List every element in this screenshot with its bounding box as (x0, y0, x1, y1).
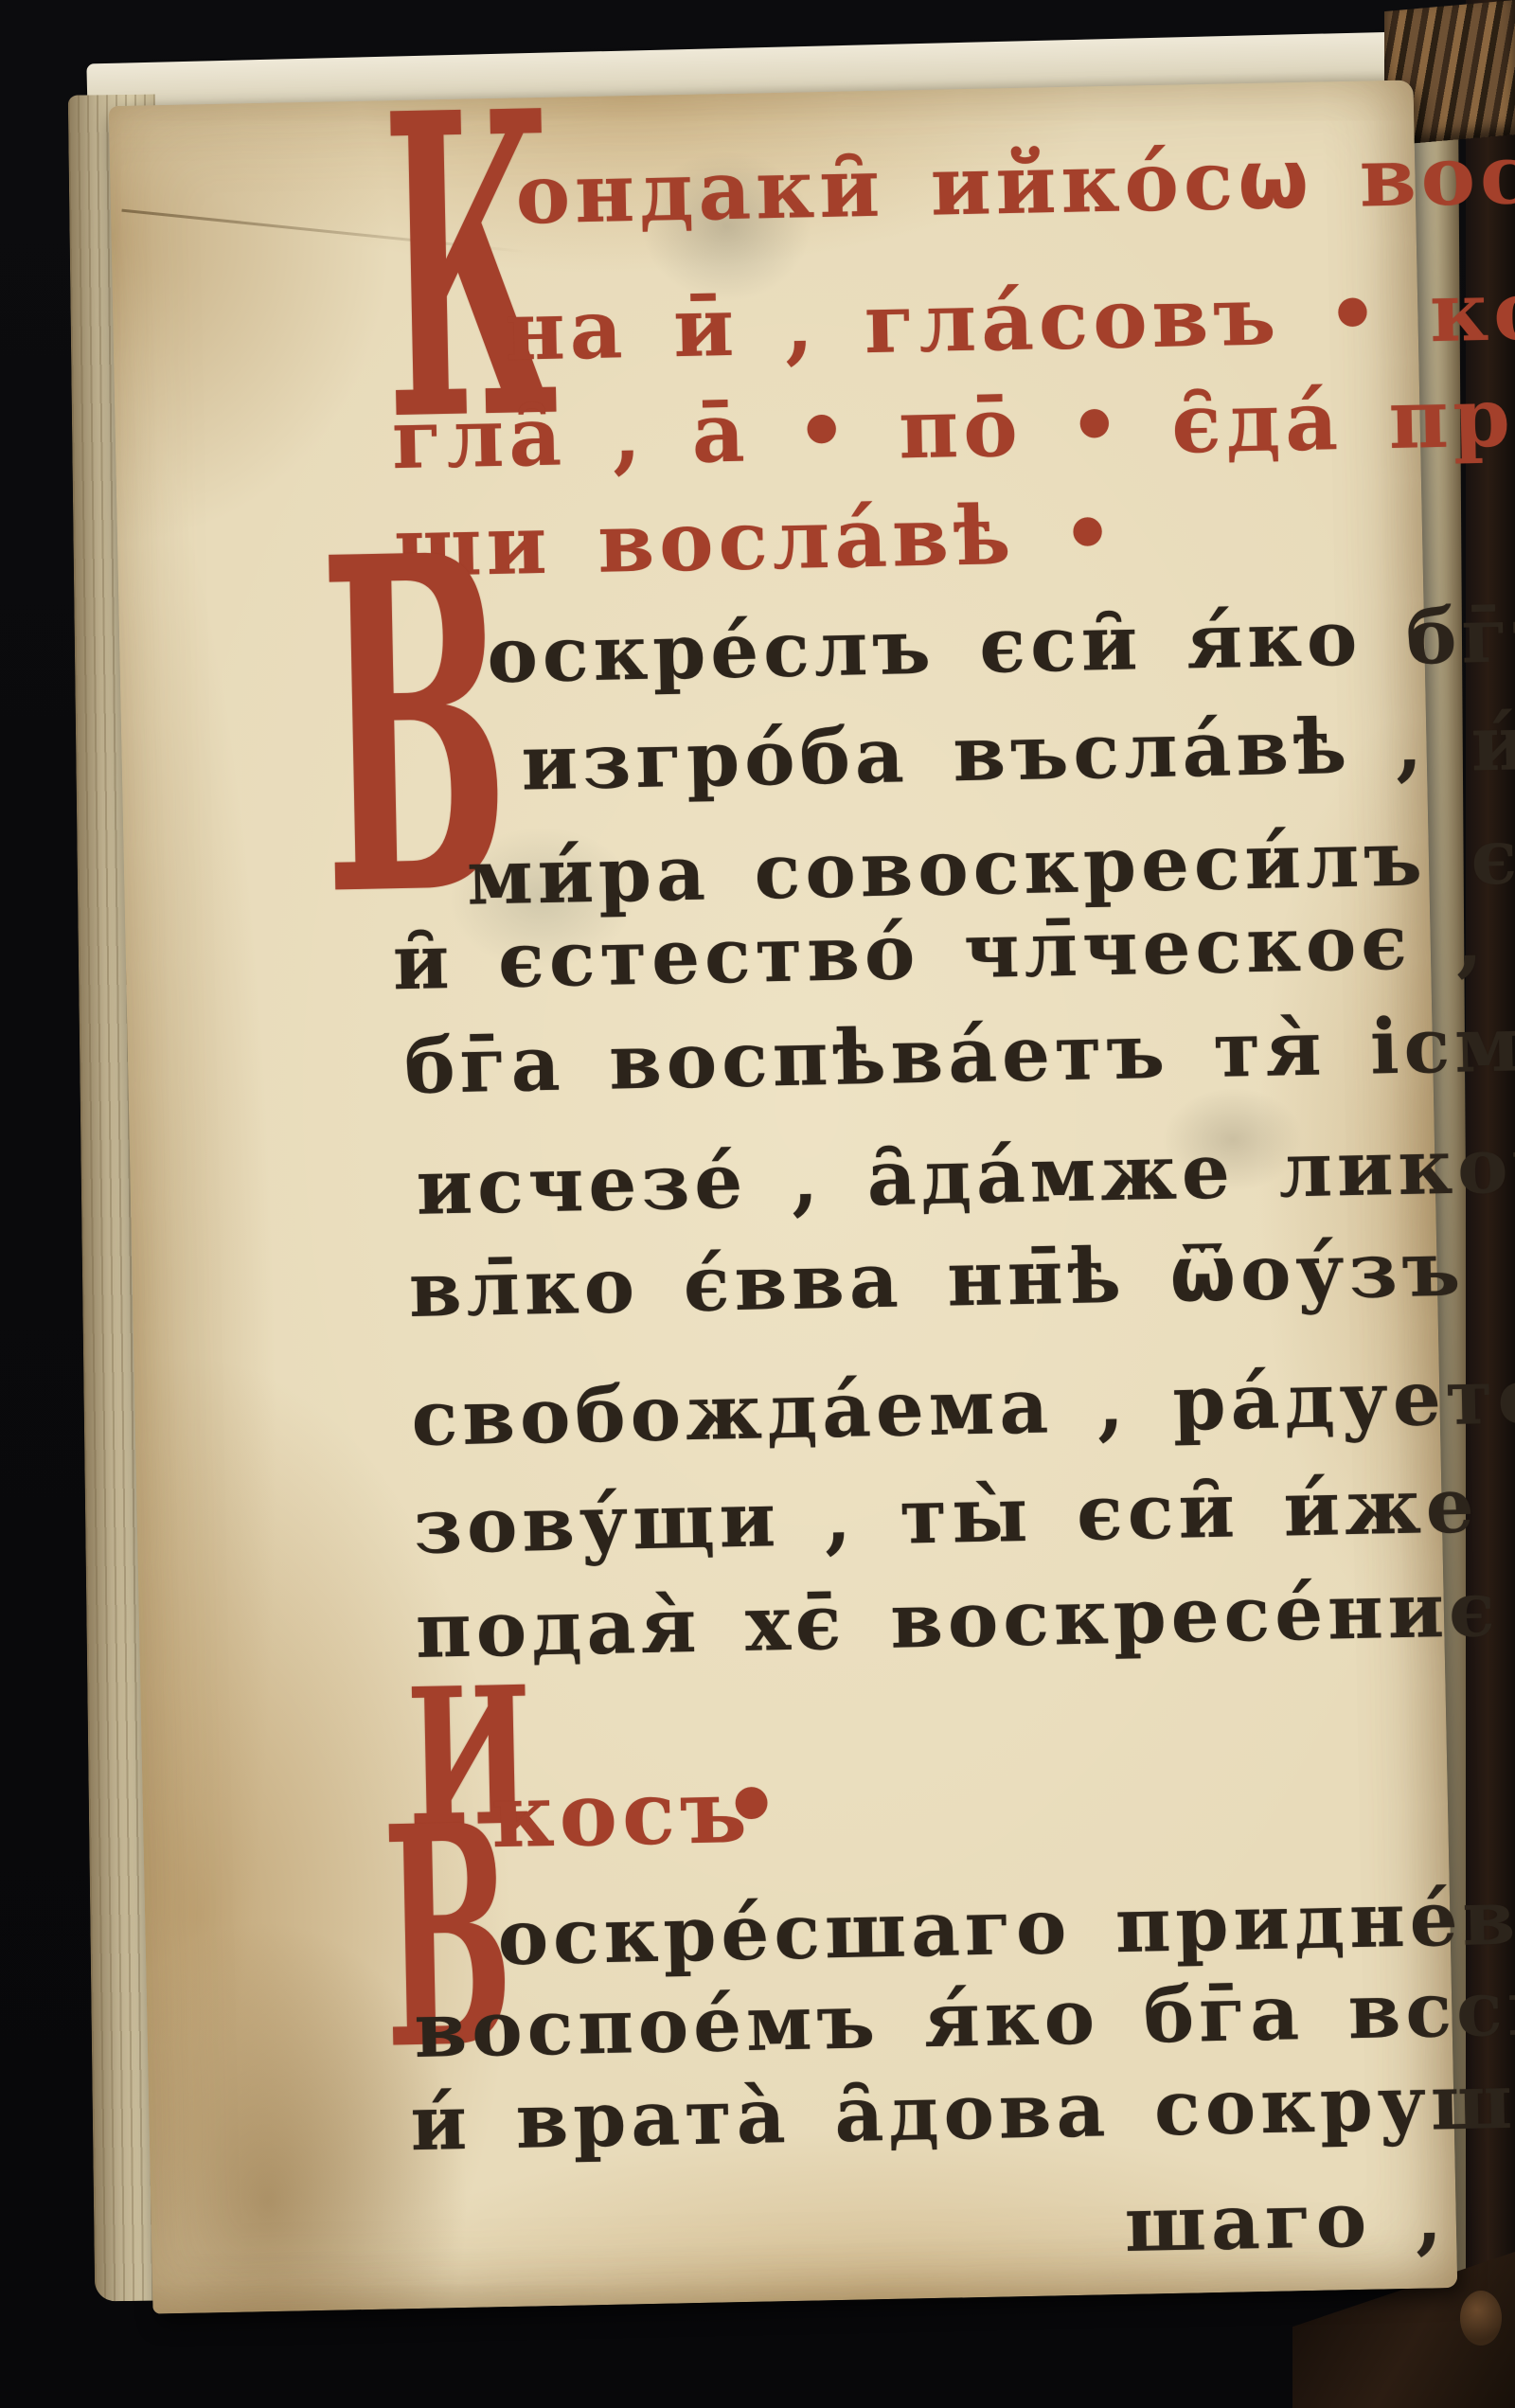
kontakion-line-10: подая̀ хє̄ воскресе́ниє • (415, 1569, 1515, 1668)
kontakion-line-7: вл̄ко є́вва нн̄ѣ ѿоу́зъ (408, 1231, 1466, 1328)
kontakion-line-6: исчезе́ , а̑да́мже ликоу́ет (416, 1124, 1515, 1225)
ikos-line-1: оскре́сшаго придне́вно (497, 1877, 1515, 1975)
rubric-line-2: на ӣ , гла́совъ • конда́къ (505, 264, 1515, 373)
photo-backdrop: { "colors": { "red_ink": "#a4402b", "bla… (0, 0, 1515, 2408)
kontakion-line-1: оскре́слъ єси̑ я́ко бг̄ъ (487, 596, 1515, 693)
ikos-heading-dot: • (722, 1759, 786, 1851)
kontakion-line-8: свобожда́ема , ра́дуетсѧ (411, 1356, 1515, 1456)
kontakion-line-2: изгро́ба въсла́вѣ , и́ (521, 705, 1515, 800)
manuscript-page: К ондаки̑ ийко́сѡ воскрны̑ на ӣ , гла́со… (109, 80, 1458, 2313)
ikos-line-3: и́ врата̀ а̑дова сокруши́въ (410, 2060, 1515, 2161)
ikos-heading-word: косъ (490, 1768, 752, 1860)
kontakion-line-5: бг̄а воспѣва́етъ тя̀ ісмр̄т (403, 1004, 1515, 1104)
rubric-line-1: ондаки̑ ийко́сѡ воскрны̑ (515, 129, 1515, 236)
ikos-catchword: шаго , (1124, 2180, 1447, 2262)
ikos-line-2: воспое́мъ я́ко бг̄а всси́лна (414, 1966, 1515, 2068)
cover-clasp-knob (1460, 2291, 1502, 2346)
kontakion-line-9: зову́щи , ты̀ єси̑ и́же всѣ̑ (413, 1463, 1515, 1564)
rubric-line-3: гла̑ , а̄ • по̄ • є̑да́ прии́де (391, 372, 1515, 481)
